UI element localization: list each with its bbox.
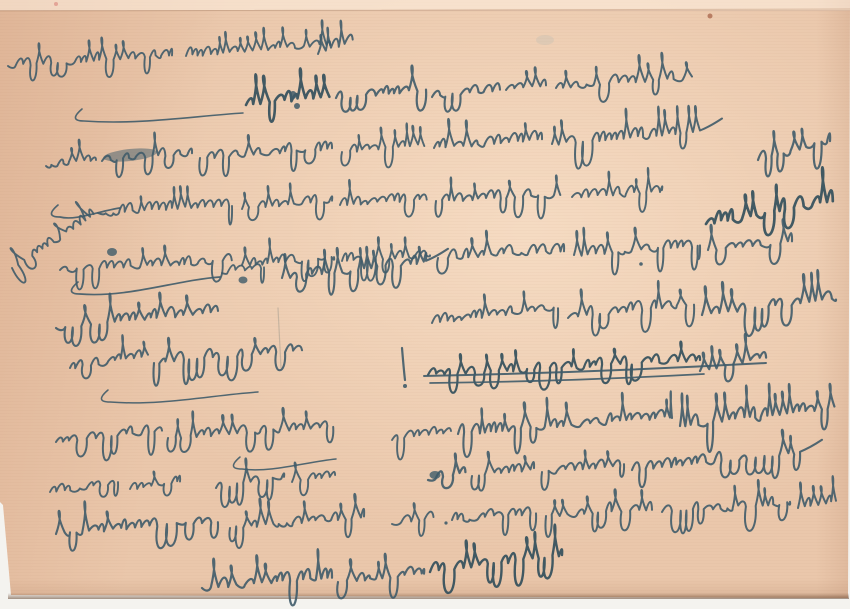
ink-blot-l2-b [294, 103, 300, 109]
struck-word-1 [428, 342, 700, 393]
word-l9-1 [56, 425, 162, 460]
word-l11-2 [229, 494, 364, 548]
word-l11-7 [798, 476, 836, 508]
word-l11-1 [56, 501, 218, 550]
word-l11-3 [392, 503, 434, 536]
faint-vertical-scratch [278, 308, 281, 368]
word-l12-1 [202, 549, 332, 605]
scanned-postcard [0, 0, 850, 609]
word-l1-2 [186, 20, 330, 56]
word-l3-5 [434, 119, 542, 148]
word-l9-5 [680, 384, 834, 452]
word-l6-2 [282, 247, 448, 295]
word-l4-4 [435, 175, 560, 218]
word-l8-1 [70, 335, 148, 378]
ink-blot-l2-a [290, 91, 297, 99]
paper-fleck-pink [54, 2, 58, 6]
period-mark-l11 [444, 521, 447, 524]
struck-word-2 [700, 334, 766, 381]
underline-flourish-l10 [233, 457, 336, 470]
word-l10-1 [50, 481, 118, 497]
word-l5-6 [708, 219, 792, 264]
word-l9-4 [458, 391, 672, 457]
word-l7-1 [56, 293, 218, 346]
word-l2-4 [506, 67, 546, 90]
word-l10-5 [428, 454, 465, 489]
scribbled-out-word [103, 146, 158, 164]
exclamation-dot [403, 384, 407, 388]
horizontal-crease-top [0, 9, 850, 11]
word-l3-7-edge [758, 129, 830, 177]
word-l5-5 [574, 228, 700, 275]
word-l9-3 [392, 427, 451, 460]
word-l11-4 [452, 507, 536, 535]
word-l2-2 [336, 66, 426, 112]
ink-blot-l6-a [107, 248, 117, 256]
word-l12-3-bold [430, 525, 562, 593]
word-l10-3-number [216, 458, 284, 507]
word-l11-6 [662, 480, 790, 533]
handwriting-layer [0, 0, 850, 609]
word-l4-1 [98, 186, 232, 224]
word-l10-4 [292, 462, 335, 495]
faint-smudge-top [536, 35, 554, 45]
word-l9-2 [167, 408, 333, 452]
word-l3-1 [46, 140, 96, 168]
word-l7-4 [702, 270, 836, 336]
word-l2-3 [432, 83, 500, 111]
word-l5-1 [60, 245, 232, 289]
word-l4-5 [572, 168, 662, 212]
paper-fleck-red [708, 14, 713, 19]
word-l10-6 [471, 452, 534, 491]
word-l2-5 [556, 53, 692, 102]
ink-blot-l6-b [239, 277, 248, 284]
word-l7-2 [432, 291, 558, 328]
word-l5-4 [437, 231, 564, 274]
ink-blot-l10 [430, 471, 441, 479]
word-l10-2 [130, 471, 180, 495]
word-l3-3 [199, 135, 332, 176]
flourish-dash-l2 [75, 109, 243, 122]
word-l7-3 [568, 281, 694, 336]
word-l11-5 [545, 489, 652, 537]
exclamation-mark [402, 348, 405, 380]
tail-flourish-l8 [101, 390, 258, 403]
word-l4-3 [340, 180, 427, 217]
word-l10-7 [541, 450, 624, 490]
period-mark-l5 [639, 262, 643, 266]
word-l4-2 [242, 183, 332, 220]
word-l3-4 [341, 123, 424, 167]
word-l12-2 [337, 554, 424, 599]
word-l4-6-bold [706, 167, 833, 235]
word-l3-6 [552, 106, 722, 169]
word-l1-1 [8, 37, 172, 80]
word-l2-1 [246, 68, 329, 121]
word-l10-8 [632, 430, 822, 488]
